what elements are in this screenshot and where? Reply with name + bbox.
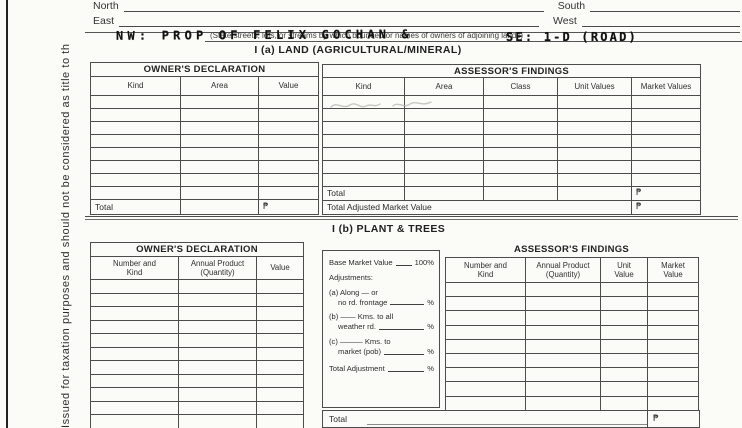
blank-row (91, 293, 304, 307)
blank-row (323, 161, 701, 174)
blank-cell (484, 122, 558, 135)
blank-row (446, 353, 699, 367)
blank-cell (405, 174, 484, 187)
blank-row (91, 374, 304, 388)
blank-cell (91, 320, 179, 334)
table-title-row: OWNER'S DECLARATION (91, 243, 304, 257)
blank-row (91, 161, 319, 174)
blank-cell (526, 368, 601, 382)
scanned-tax-declaration-form: Issued for taxation purposes and should … (0, 0, 742, 428)
col-market-value: Market Value (648, 258, 699, 283)
side-note-vertical-text: Issued for taxation purposes and should … (56, 0, 76, 428)
blank-cell (601, 283, 648, 297)
blank-cell (601, 297, 648, 311)
blank-cell (648, 368, 699, 382)
col-annual-product: Annual Product (Quantity) (526, 258, 601, 283)
blank-cell (179, 280, 257, 294)
blank-cell (323, 174, 405, 187)
blank-cell (648, 311, 699, 325)
south-label: South (558, 0, 590, 12)
blank-cell (91, 293, 179, 307)
item-b-line1: (b) —— Kms. to all (329, 312, 434, 322)
blank-cell (526, 311, 601, 325)
col-number-kind: Number and Kind (91, 257, 179, 280)
blank-cell (181, 148, 259, 161)
typed-annotation-se: SE: 1-D (ROAD) (506, 30, 638, 44)
blank-cell (181, 122, 259, 135)
blank-cell (257, 320, 304, 334)
fill-in-dash (396, 265, 412, 266)
blank-cell (405, 148, 484, 161)
blank-cell (91, 374, 179, 388)
blank-cell (179, 307, 257, 321)
col-number-kind: Number and Kind (446, 258, 526, 283)
total-label: Total (91, 200, 181, 215)
east-label: East (93, 15, 119, 27)
col-value: Value (259, 77, 319, 96)
blank-cell (648, 396, 699, 410)
base-market-value-label: Base Market Value (329, 258, 393, 268)
blank-cell (526, 297, 601, 311)
blank-cell (601, 396, 648, 410)
blank-cell (601, 325, 648, 339)
column-header-row: Kind Area Value (91, 77, 319, 96)
blank-cell (259, 148, 319, 161)
blank-cell (558, 174, 632, 187)
blank-cell (446, 396, 526, 410)
blank-rows (91, 280, 304, 428)
blank-cell (91, 122, 181, 135)
blank-row (446, 339, 699, 353)
table-title-row: OWNER'S DECLARATION (91, 63, 319, 77)
blank-cell (181, 174, 259, 187)
col-kind: Kind (91, 77, 181, 96)
blank-cell (632, 148, 701, 161)
blank-cell (323, 161, 405, 174)
blank-cell (405, 122, 484, 135)
blank-cell (632, 122, 701, 135)
blank-cell (181, 161, 259, 174)
pencil-marks (327, 97, 439, 113)
blank-cell (648, 297, 699, 311)
blank-cell (648, 353, 699, 367)
blank-cell (632, 174, 701, 187)
adjustment-item-b: (b) —— Kms. to all weather rd. % (329, 312, 434, 332)
blank-cell (484, 161, 558, 174)
blank-row (446, 297, 699, 311)
west-blank-line (582, 14, 740, 27)
section-plant-title: I (b) PLANT & TREES (332, 223, 445, 235)
blank-cell (257, 347, 304, 361)
assessor-findings-title: ASSESSOR'S FINDINGS (323, 65, 701, 78)
blank-cell (601, 368, 648, 382)
blank-cell (648, 339, 699, 353)
fill-in-blank (384, 354, 424, 355)
blank-cell (558, 109, 632, 122)
plant-assessor-findings-title: ASSESSOR'S FINDINGS (445, 244, 698, 255)
blank-cell (446, 368, 526, 382)
blank-cell (179, 293, 257, 307)
blank-row (91, 388, 304, 402)
column-header-row: Number and Kind Annual Product (Quantity… (91, 257, 304, 280)
blank-cell (446, 382, 526, 396)
blank-cell (484, 109, 558, 122)
blank-cell (179, 334, 257, 348)
blank-cell (526, 382, 601, 396)
blank-cell (259, 96, 319, 109)
blank-cell (405, 161, 484, 174)
blank-cell (648, 283, 699, 297)
blank-row (446, 311, 699, 325)
land-owner-declaration-table: OWNER'S DECLARATION Kind Area Value Tota… (90, 62, 319, 215)
blank-cell (446, 325, 526, 339)
blank-cell (181, 135, 259, 148)
east-blank-line (119, 14, 539, 27)
blank-row (91, 280, 304, 294)
blank-cell (91, 96, 181, 109)
adjusted-total-label: Total Adjusted Market Value (323, 200, 632, 214)
blank-row (446, 396, 699, 410)
blank-cell (179, 320, 257, 334)
blank-cell (526, 283, 601, 297)
blank-cell (648, 382, 699, 396)
owner-declaration-title: OWNER'S DECLARATION (91, 243, 304, 257)
blank-cell (181, 96, 259, 109)
blank-row (91, 96, 319, 109)
blank-cell (259, 122, 319, 135)
blank-cell (648, 325, 699, 339)
blank-cell (484, 96, 558, 109)
blank-cell (91, 388, 179, 402)
plant-total-row: Total ₱ (322, 410, 700, 428)
blank-cell (179, 347, 257, 361)
blank-cell (526, 325, 601, 339)
blank-cell (179, 415, 257, 428)
total-adjustment-label: Total Adjustment (329, 364, 385, 374)
blank-cell (257, 307, 304, 321)
blank-cell (601, 382, 648, 396)
blank-row (446, 325, 699, 339)
percent-sign: % (427, 347, 434, 357)
blank-cell (259, 135, 319, 148)
peso-sign: ₱ (632, 187, 701, 201)
item-a-line2: no rd. frontage (338, 298, 387, 308)
total-label: Total (323, 187, 405, 201)
blank-cell (257, 415, 304, 428)
table-title-row: ASSESSOR'S FINDINGS (323, 65, 701, 78)
column-header-row: Kind Area Class Unit Values Market Value… (323, 78, 701, 96)
blank-cell (446, 283, 526, 297)
blank-cell (179, 374, 257, 388)
total-row: Total ₱ (91, 200, 319, 215)
blank-cell (632, 96, 701, 109)
blank-cell (91, 415, 179, 428)
blank-cell (91, 161, 181, 174)
item-a-line1: (a) Along — or (329, 288, 434, 298)
item-b-line2: weather rd. (338, 322, 376, 332)
blank-cell (91, 401, 179, 415)
blank-row (91, 320, 304, 334)
blank-row (323, 122, 701, 135)
land-assessor-findings-table: ASSESSOR'S FINDINGS Kind Area Class Unit… (322, 64, 701, 215)
blank-cell (257, 280, 304, 294)
blank-row (91, 148, 319, 161)
blank-row (91, 361, 304, 375)
base-market-value-amount: 100% (415, 258, 434, 268)
col-unit-value: Unit Value (601, 258, 648, 283)
percent-sign: % (427, 364, 434, 374)
blank-cell (91, 109, 181, 122)
blank-cell (632, 161, 701, 174)
south-blank-line (590, 0, 740, 12)
blank-cell (323, 148, 405, 161)
col-annual-product: Annual Product (Quantity) (179, 257, 257, 280)
blank-cell (91, 135, 181, 148)
blank-rows (446, 283, 699, 411)
blank-cell (446, 311, 526, 325)
blank-row (91, 347, 304, 361)
blank-cell (323, 135, 405, 148)
section-land-title: I (a) LAND (AGRICULTURAL/MINERAL) (88, 44, 628, 56)
north-blank-line (124, 0, 544, 12)
left-margin-rule (6, 0, 8, 428)
blank-cell (91, 174, 181, 187)
total-fill-line (367, 424, 647, 425)
blank-cell (181, 109, 259, 122)
adjusted-total-row: Total Adjusted Market Value ₱ (323, 200, 701, 214)
blank-cell (91, 334, 179, 348)
blank-row (91, 135, 319, 148)
blank-cell (484, 135, 558, 148)
blank-cell (405, 135, 484, 148)
blank-cell (179, 361, 257, 375)
blank-cell (484, 148, 558, 161)
blank-cell (259, 109, 319, 122)
total-row: Total ₱ (323, 187, 701, 201)
owner-declaration-title: OWNER'S DECLARATION (91, 63, 319, 77)
blank-cell (179, 401, 257, 415)
blank-cell (632, 135, 701, 148)
col-area: Area (405, 78, 484, 96)
peso-sign: ₱ (632, 200, 701, 214)
blank-cell (558, 148, 632, 161)
adjustments-panel: Base Market Value 100% Adjustments: (a) … (322, 250, 440, 408)
col-kind: Kind (323, 78, 405, 96)
blank-cell (91, 361, 179, 375)
blank-cell (91, 307, 179, 321)
boundary-row-east-west: East West (93, 13, 740, 27)
blank-row (323, 174, 701, 187)
base-market-value-line: Base Market Value 100% (329, 258, 434, 268)
blank-cell (91, 187, 181, 200)
blank-cell (257, 334, 304, 348)
peso-sign: ₱ (259, 200, 319, 215)
blank-row (91, 187, 319, 200)
blank-cell (484, 174, 558, 187)
blank-cell (257, 293, 304, 307)
blank-cell (526, 353, 601, 367)
blank-cell (601, 353, 648, 367)
blank-cell (91, 280, 179, 294)
blank-cell (257, 401, 304, 415)
section-divider (85, 216, 738, 220)
blank-cell (257, 374, 304, 388)
blank-cell (558, 122, 632, 135)
item-c-line2: market (pob) (338, 347, 381, 357)
blank-cell (526, 339, 601, 353)
col-class: Class (484, 78, 558, 96)
blank-cell (558, 96, 632, 109)
total-adjustment-line: Total Adjustment % (329, 364, 434, 374)
blank-cell (558, 161, 632, 174)
blank-cell (446, 339, 526, 353)
blank-row (91, 122, 319, 135)
blank-cell (446, 297, 526, 311)
blank-row (91, 109, 319, 122)
blank-cell (446, 353, 526, 367)
adjustments-heading: Adjustments: (329, 273, 434, 283)
col-market-values: Market Values (632, 78, 701, 96)
blank-row (446, 283, 699, 297)
item-c-line1: (c) ——— Kms. to (329, 337, 434, 347)
west-label: West (553, 15, 582, 27)
plant-owner-declaration-table: OWNER'S DECLARATION Number and Kind Annu… (90, 242, 304, 428)
fill-in-blank (379, 329, 424, 330)
fill-in-blank (388, 371, 425, 372)
blank-rows (91, 96, 319, 200)
col-area: Area (181, 77, 259, 96)
percent-sign: % (427, 298, 434, 308)
blank-cell (632, 109, 701, 122)
blank-row (446, 382, 699, 396)
blank-cell (91, 347, 179, 361)
blank-row (323, 135, 701, 148)
col-value: Value (257, 257, 304, 280)
adjustment-item-a: (a) Along — or no rd. frontage % (329, 288, 434, 308)
blank-cell (601, 339, 648, 353)
column-header-row: Number and Kind Annual Product (Quantity… (446, 258, 699, 283)
north-label: North (93, 0, 124, 12)
blank-cell (91, 148, 181, 161)
blank-cell (601, 311, 648, 325)
blank-cell (259, 187, 319, 200)
total-label: Total (329, 414, 347, 424)
boundary-row-north-south: North South (93, 0, 740, 12)
adjustment-item-c: (c) ——— Kms. to market (pob) % (329, 337, 434, 357)
blank-row (91, 415, 304, 428)
blank-cell (259, 174, 319, 187)
blank-row (91, 401, 304, 415)
typed-annotation-nw: NW: PROP OF FELIX GOCHAN & (116, 27, 413, 43)
col-unit-values: Unit Values (558, 78, 632, 96)
blank-row (323, 148, 701, 161)
blank-cell (526, 396, 601, 410)
blank-cell (257, 388, 304, 402)
blank-row (91, 174, 319, 187)
peso-sign: ₱ (653, 414, 659, 424)
blank-cell (257, 361, 304, 375)
blank-cell (259, 161, 319, 174)
fill-in-blank (390, 304, 424, 305)
percent-sign: % (427, 322, 434, 332)
blank-cell (323, 122, 405, 135)
blank-row (446, 368, 699, 382)
blank-row (91, 307, 304, 321)
blank-row (91, 334, 304, 348)
plant-assessor-findings-table: Number and Kind Annual Product (Quantity… (445, 257, 699, 411)
column-separator (647, 411, 648, 427)
blank-cell (181, 187, 259, 200)
blank-cell (558, 135, 632, 148)
blank-cell (179, 388, 257, 402)
